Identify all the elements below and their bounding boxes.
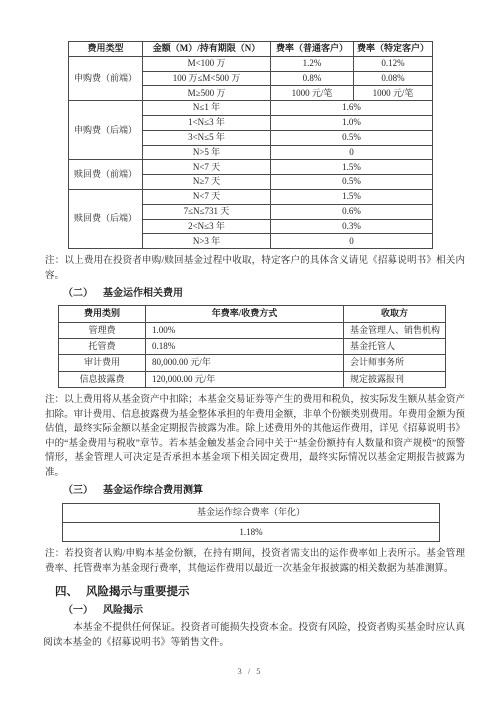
fee-type-header: 费用类型 (69, 42, 143, 57)
range-cell: N<7 天 (143, 189, 271, 204)
fee-group-label: 赎回费（后端） (69, 189, 143, 248)
rate-cell: 0.18% (146, 338, 344, 354)
rate-cell: 0.08% (354, 71, 433, 86)
section-number: （一） (63, 605, 93, 616)
section-title: 基金运作综合费用测算 (103, 485, 203, 496)
range-cell: N<7 天 (143, 160, 271, 175)
range-cell: 100 万≤M<500 万 (143, 71, 271, 86)
section-title: 基金运作相关费用 (103, 288, 183, 299)
section-title: 风险揭示 (103, 605, 143, 616)
rate-cell: 1000 元/笔 (354, 86, 433, 101)
range-cell: N≥7 天 (143, 175, 271, 190)
amount-period-header: 金额（M）/持有期限（N） (143, 42, 271, 57)
range-cell: N>5 年 (143, 145, 271, 160)
rate-cell: 0 (271, 145, 433, 160)
operation-fee-header-row: 费用类别 年费率/收费方式 收取方 (59, 306, 446, 322)
range-cell: M≥500 万 (143, 86, 271, 101)
rate-cell: 1.6% (271, 101, 433, 116)
table-row: 管理费 1.00% 基金管理人、销售机构 (59, 322, 446, 338)
section-heading-risk-disclosure: （一）风险揭示 (63, 604, 500, 618)
table-row: 基金运作综合费率（年化） (63, 504, 440, 523)
rate-cell: 1.00% (146, 322, 344, 338)
range-cell: 1<N≤3 年 (143, 115, 271, 130)
operation-fee-note: 注：以上费用将从基金资产中扣除；本基金交易证券等产生的费用和税负，按实际发生额从… (45, 393, 465, 480)
table-row: 赎回费（前端） N<7 天 1.5% (69, 160, 433, 175)
rate-cell: 80,000.00 元/年 (146, 355, 344, 371)
fee-category-header: 费用类别 (59, 306, 146, 322)
range-cell: M<100 万 (143, 56, 271, 71)
collector-cell: 规定披露报刊 (344, 371, 446, 387)
range-cell: 2<N≤3 年 (143, 219, 271, 234)
page-number: 3 / 5 (0, 666, 500, 676)
chapter-title: 风险揭示与重要提示 (86, 586, 190, 598)
range-cell: N>3 年 (143, 234, 271, 249)
subscription-redemption-fee-table: 费用类型 金额（M）/持有期限（N） 费率（普通客户） 费率（特定客户） 申购费… (68, 41, 433, 249)
composite-fee-header-cell: 基金运作综合费率（年化） (63, 504, 440, 523)
rate-cell: 1.5% (271, 160, 433, 175)
annual-rate-header: 年费率/收费方式 (146, 306, 344, 322)
fee-category-cell: 审计费用 (59, 355, 146, 371)
fee-category-cell: 管理费 (59, 322, 146, 338)
rate-cell: 1.5% (271, 189, 433, 204)
document-page: 费用类型 金额（M）/持有期限（N） 费率（普通客户） 费率（特定客户） 申购费… (0, 0, 500, 707)
rate-cell: 0.8% (271, 71, 354, 86)
fee-table-header-row: 费用类型 金额（M）/持有期限（N） 费率（普通客户） 费率（特定客户） (69, 42, 433, 57)
operation-fee-table: 费用类别 年费率/收费方式 收取方 管理费 1.00% 基金管理人、销售机构 托… (58, 305, 446, 388)
range-cell: N≤1 年 (143, 101, 271, 116)
section-number: （二） (63, 288, 93, 299)
rate-cell: 0.6% (271, 204, 433, 219)
fee-category-cell: 托管费 (59, 338, 146, 354)
table-row: 审计费用 80,000.00 元/年 会计师事务所 (59, 355, 446, 371)
chapter-number: 四、 (55, 586, 78, 598)
chapter-heading-risk: 四、风险揭示与重要提示 (55, 585, 500, 600)
collector-header: 收取方 (344, 306, 446, 322)
rate-cell: 120,000.00 元/年 (146, 371, 344, 387)
rate-cell: 1.2% (271, 56, 354, 71)
composite-fee-table: 基金运作综合费率（年化） 1.18% (62, 503, 440, 542)
collector-cell: 会计师事务所 (344, 355, 446, 371)
collector-cell: 基金托管人 (344, 338, 446, 354)
fee-group-label: 赎回费（前端） (69, 160, 143, 190)
range-cell: 7≤N≤731 天 (143, 204, 271, 219)
rate-cell: 1000 元/笔 (271, 86, 354, 101)
fee-group-label: 申购费（后端） (69, 101, 143, 160)
rate-cell: 0 (271, 234, 433, 249)
rate-cell: 0.5% (271, 130, 433, 145)
rate-cell: 0.12% (354, 56, 433, 71)
range-cell: 3<N≤5 年 (143, 130, 271, 145)
fee-table-note: 注：以上费用在投资者申购/赎回基金过程中收取，特定客户的具体含义请见《招募说明书… (45, 254, 465, 283)
table-row: 信息披露费 120,000.00 元/年 规定披露报刊 (59, 371, 446, 387)
section-heading-composite-fee: （三）基金运作综合费用测算 (63, 484, 500, 498)
table-row: 申购费（前端） M<100 万 1.2% 0.12% (69, 56, 433, 71)
rate-cell: 0.3% (271, 219, 433, 234)
rate-normal-header: 费率（普通客户） (271, 42, 354, 57)
table-row: 赎回费（后端） N<7 天 1.5% (69, 189, 433, 204)
rate-cell: 0.5% (271, 175, 433, 190)
rate-cell: 1.0% (271, 115, 433, 130)
collector-cell: 基金管理人、销售机构 (344, 322, 446, 338)
fee-group-label: 申购费（前端） (69, 56, 143, 100)
fee-category-cell: 信息披露费 (59, 371, 146, 387)
rate-special-header: 费率（特定客户） (354, 42, 433, 57)
section-heading-operation-fees: （二）基金运作相关费用 (63, 287, 500, 301)
table-row: 申购费（后端） N≤1 年 1.6% (69, 101, 433, 116)
table-row: 1.18% (63, 523, 440, 542)
risk-disclosure-paragraph: 本基金不提供任何保证。投资者可能损失投资本金。投资有风险，投资者购买基金时应认真… (43, 621, 465, 651)
composite-fee-value-cell: 1.18% (63, 523, 440, 542)
composite-fee-note: 注：若投资者认购/申购本基金份额，在持有期间，投资者需支出的运作费率如上表所示。… (45, 547, 465, 576)
table-row: 托管费 0.18% 基金托管人 (59, 338, 446, 354)
section-number: （三） (63, 485, 93, 496)
